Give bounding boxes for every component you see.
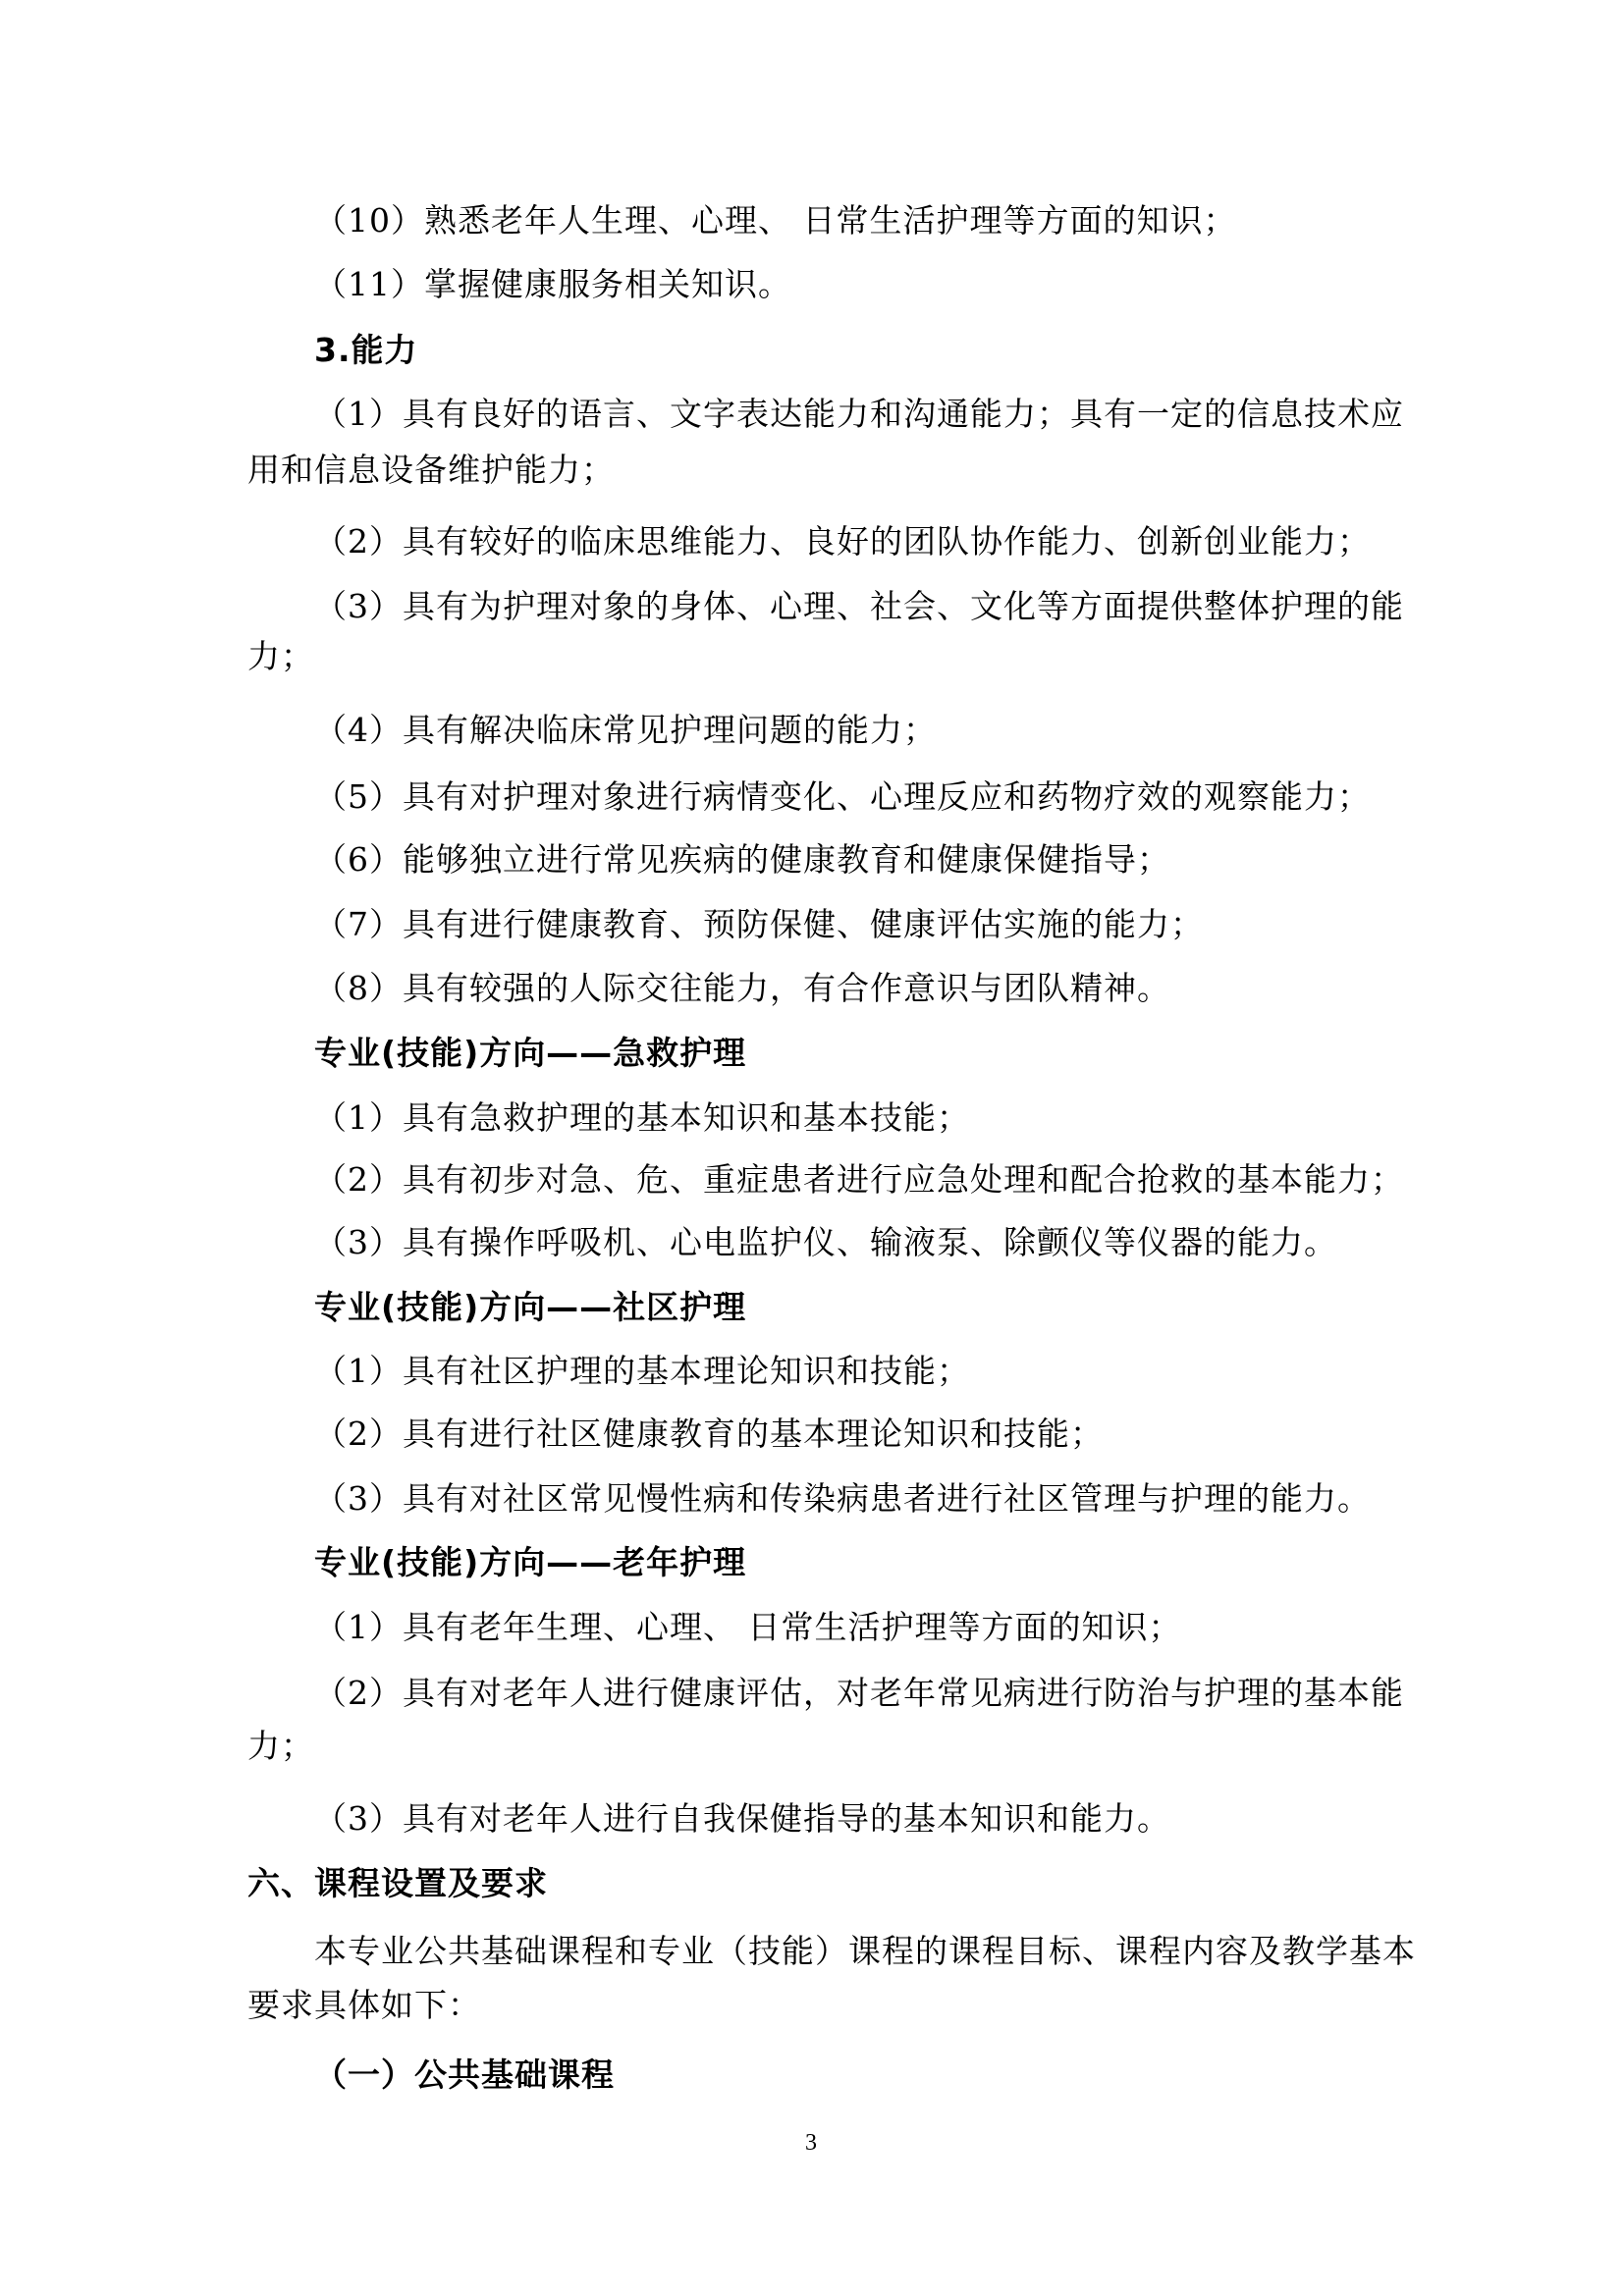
ability-item-8: （8）具有较强的人际交往能力，有合作意识与团队精神。	[314, 969, 1170, 1008]
emergency-item-2: （2）具有初步对急、危、重症患者进行应急处理和配合抢救的基本能力；	[314, 1160, 1404, 1200]
section6-heading: 六、课程设置及要求	[247, 1864, 548, 1903]
elderly-heading: 专业(技能)方向——老年护理	[314, 1543, 746, 1582]
section6-intro-2: 要求具体如下：	[247, 1986, 481, 2025]
knowledge-item-10: （10）熟悉老年人生理、心理、 日常生活护理等方面的知识；	[314, 201, 1236, 240]
emergency-heading: 专业(技能)方向——急救护理	[314, 1034, 746, 1073]
ability-item-4: （4）具有解决临床常见护理问题的能力；	[314, 711, 937, 750]
knowledge-item-11: （11）掌握健康服务相关知识。	[314, 265, 791, 304]
ability-item-7: （7）具有进行健康教育、预防保健、健康评估实施的能力；	[314, 905, 1204, 944]
elderly-item-2: （2）具有对老年人进行健康评估，对老年常见病进行防治与护理的基本能	[314, 1674, 1404, 1713]
elderly-item-3: （3）具有对老年人进行自我保健指导的基本知识和能力。	[314, 1799, 1170, 1839]
community-item-1: （1）具有社区护理的基本理论知识和技能；	[314, 1352, 970, 1391]
public-courses-heading: （一）公共基础课程	[314, 2056, 615, 2095]
community-heading: 专业(技能)方向——社区护理	[314, 1288, 746, 1327]
ability-item-3: （3）具有为护理对象的身体、心理、社会、文化等方面提供整体护理的能	[314, 587, 1404, 626]
ability-item-1: （1）具有良好的语言、文字表达能力和沟通能力；具有一定的信息技术应	[314, 395, 1404, 434]
emergency-item-1: （1）具有急救护理的基本知识和基本技能；	[314, 1098, 970, 1138]
community-item-2: （2）具有进行社区健康教育的基本理论知识和技能；	[314, 1415, 1104, 1454]
community-item-3: （3）具有对社区常见慢性病和传染病患者进行社区管理与护理的能力。	[314, 1479, 1371, 1519]
elderly-item-1: （1）具有老年生理、心理、 日常生活护理等方面的知识；	[314, 1608, 1182, 1647]
ability-item-5: （5）具有对护理对象进行病情变化、心理反应和药物疗效的观察能力；	[314, 777, 1371, 817]
ability-item-3-cont: 力；	[247, 637, 314, 676]
ability-item-2: （2）具有较好的临床思维能力、良好的团队协作能力、创新创业能力；	[314, 522, 1371, 561]
ability-item-6: （6）能够独立进行常见疾病的健康教育和健康保健指导；	[314, 840, 1170, 880]
emergency-item-3: （3）具有操作呼吸机、心电监护仪、输液泵、除颤仪等仪器的能力。	[314, 1223, 1337, 1262]
ability-item-1-cont: 用和信息设备维护能力；	[247, 451, 615, 490]
elderly-item-2-cont: 力；	[247, 1727, 314, 1766]
ability-heading: 3.能力	[314, 331, 418, 370]
page-number: 3	[805, 2130, 817, 2157]
section6-intro-1: 本专业公共基础课程和专业（技能）课程的课程目标、课程内容及教学基本	[314, 1932, 1416, 1971]
